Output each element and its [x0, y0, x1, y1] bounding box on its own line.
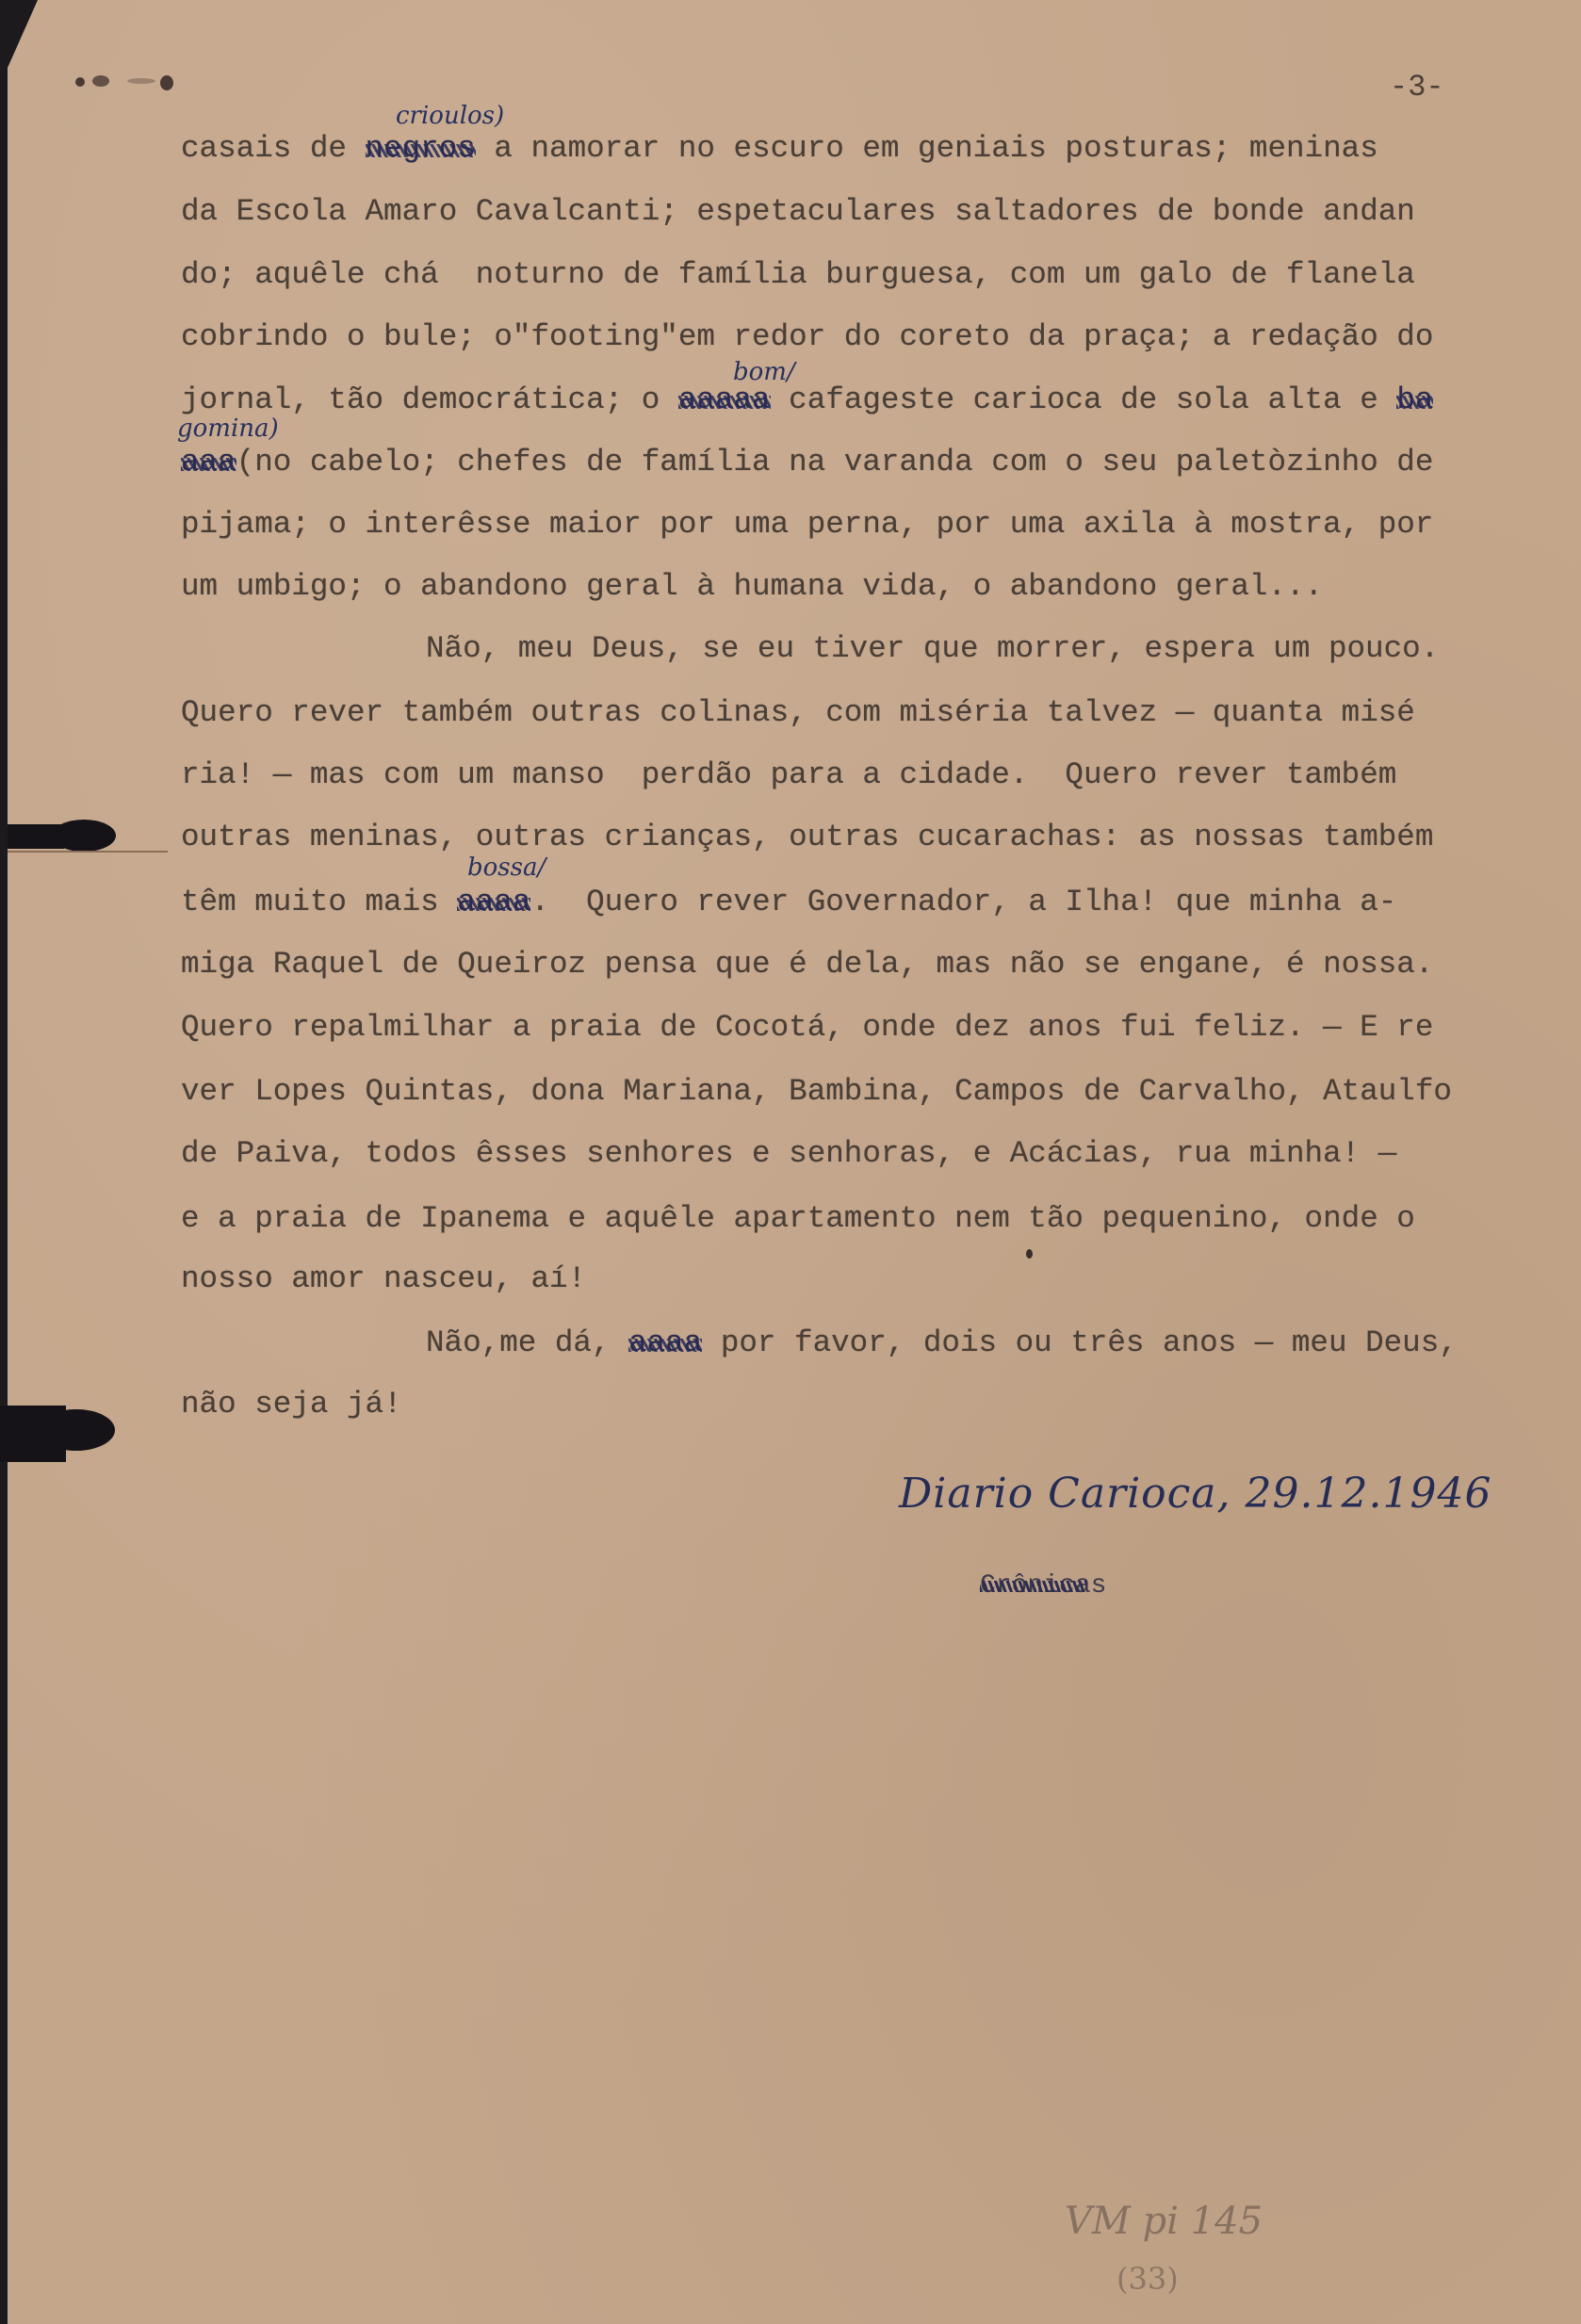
text-line-5: jornal, tão democrática; o aaaaa cafages… [181, 382, 1433, 419]
text-line-11: ria! — mas com um manso perdão para a ci… [181, 756, 1396, 794]
text-line-12: outras meninas, outras crianças, outras … [181, 819, 1433, 856]
paper-tear [8, 851, 168, 853]
text-line-2: da Escola Amaro Cavalcanti; espetaculare… [181, 193, 1415, 231]
page-number: -3- [1390, 70, 1444, 105]
annotation-bom: bom/ [733, 358, 795, 386]
struck-word: aaa [181, 445, 236, 479]
text-line-10: Quero rever também outras colinas, com m… [181, 694, 1415, 732]
struck-word: negros [366, 131, 476, 166]
text-line-20: Não,me dá, aaaa por favor, dois ou três … [426, 1325, 1458, 1362]
archive-note-number: (33) [1116, 2261, 1179, 2297]
text-line-3: do; aquêle chá noturno de família burgue… [181, 256, 1415, 294]
text-line-6: aaa(no cabelo; chefes de família na vara… [181, 444, 1433, 481]
struck-word: aaaaa [678, 382, 771, 417]
text-line-21: não seja já! [181, 1386, 402, 1423]
text-line-13: têm muito mais aaaa. Quero rever Governa… [181, 884, 1396, 921]
archive-note: VM pi 145 [1065, 2200, 1263, 2243]
struck-word: aaaa [457, 885, 530, 919]
text-line-7: pijama; o interêsse maior por uma perna,… [181, 506, 1433, 544]
annotation-crioulos: crioulos) [396, 102, 504, 130]
text-line-14: miga Raquel de Queiroz pensa que é dela,… [181, 946, 1433, 983]
struck-word: ba [1396, 382, 1433, 417]
text-line-19: nosso amor nasceu, aí! [181, 1260, 586, 1298]
annotation-bossa: bossa/ [467, 853, 546, 882]
text-line-15: Quero repalmilhar a praia de Cocotá, ond… [181, 1009, 1433, 1047]
text-line-1: casais de negros a namorar no escuro em … [181, 130, 1378, 168]
struck-signoff: Crônicas [980, 1571, 1106, 1601]
handwritten-source-date: Diario Carioca, 29.12.1946 [899, 1470, 1491, 1518]
punch-hole-bottom-slot [0, 1406, 66, 1462]
text-line-8: um umbigo; o abandono geral à humana vid… [181, 568, 1323, 606]
text-line-16: ver Lopes Quintas, dona Mariana, Bambina… [181, 1073, 1452, 1111]
annotation-gomina: gomina) [177, 414, 279, 443]
ink-dot [1026, 1249, 1033, 1259]
scan-edge [0, 0, 8, 2324]
staple-mark [75, 75, 179, 89]
punch-hole-top-slot [8, 824, 64, 849]
text-line-9: Não, meu Deus, se eu tiver que morrer, e… [426, 630, 1439, 668]
struck-word: aaaa [628, 1325, 702, 1360]
text-line-17: de Paiva, todos êsses senhores e senhora… [181, 1135, 1396, 1173]
text-line-4: cobrindo o bule; o"footing"em redor do c… [181, 318, 1433, 356]
text-line-18: e a praia de Ipanema e aquêle apartament… [181, 1200, 1415, 1238]
